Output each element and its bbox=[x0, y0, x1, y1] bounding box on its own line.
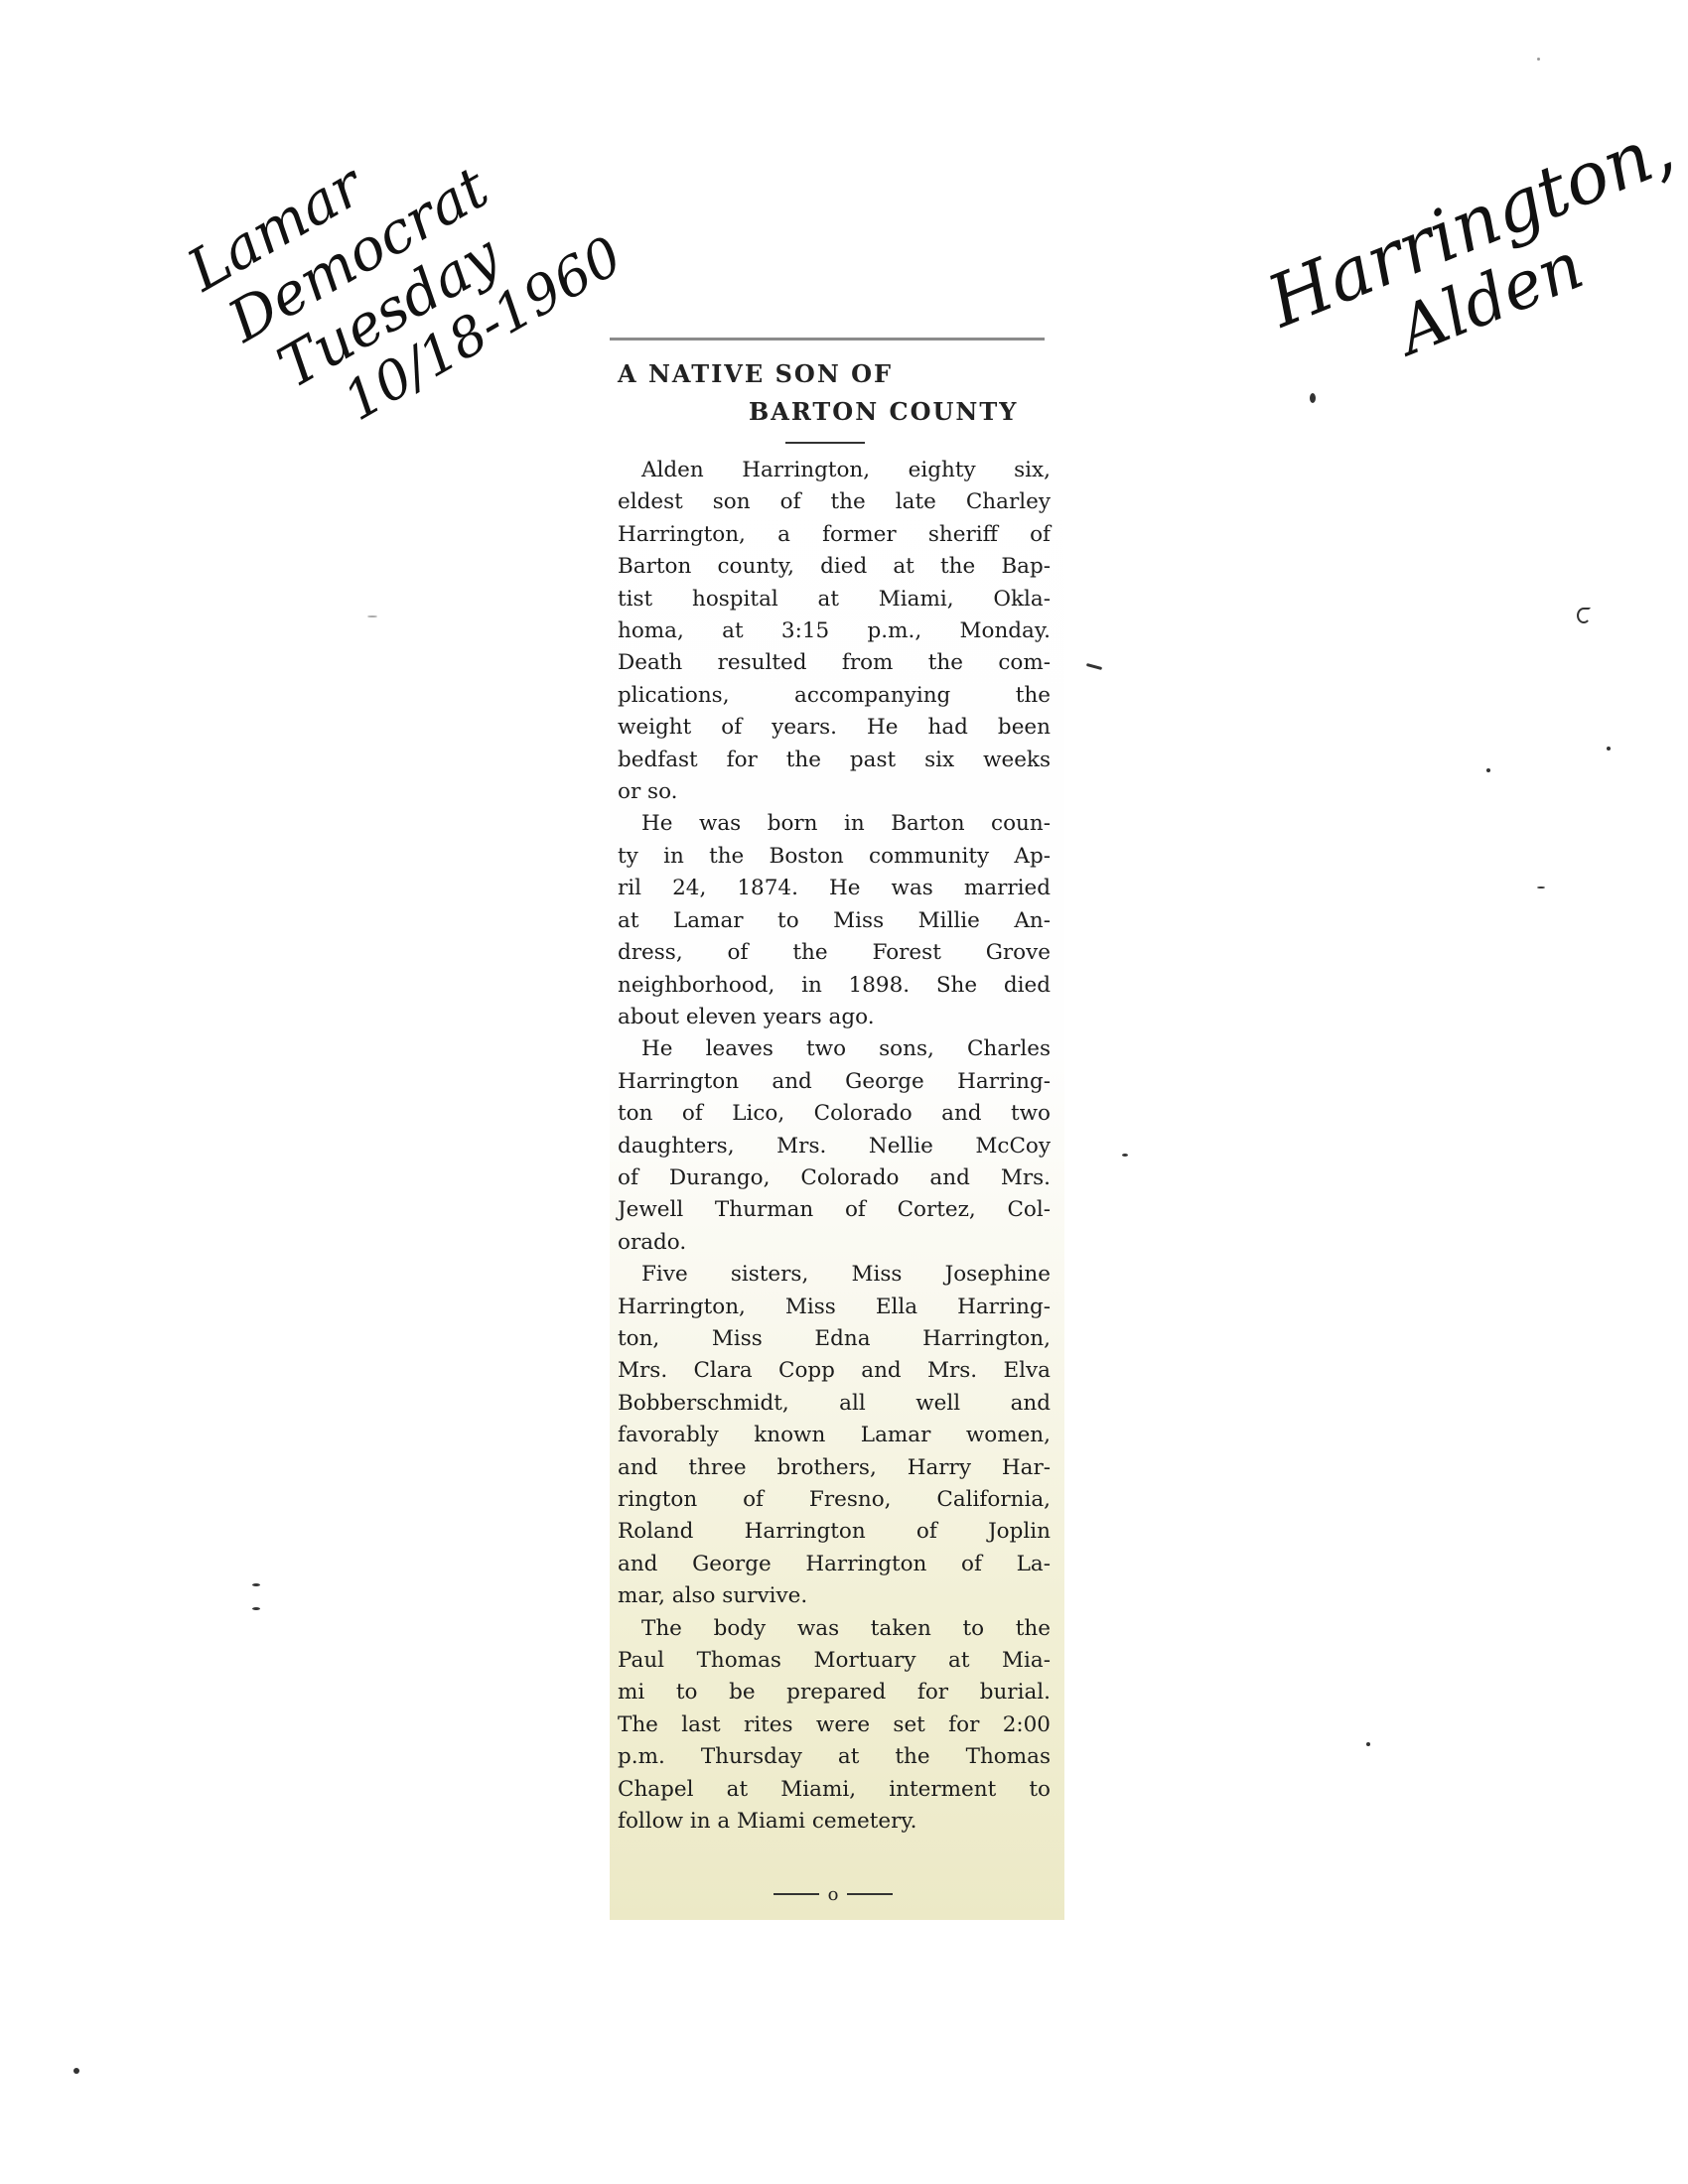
body-line: dress, of the Forest Grove bbox=[618, 937, 1051, 969]
body-line: about eleven years ago. bbox=[618, 1002, 1051, 1033]
body-line: follow in a Miami cemetery. bbox=[618, 1806, 1051, 1838]
body-line: Five sisters, Miss Josephine bbox=[618, 1259, 1051, 1291]
headline-line-1: A NATIVE SON OF bbox=[618, 359, 893, 388]
body-line: ril 24, 1874. He was married bbox=[618, 873, 1051, 904]
body-line: daughters, Mrs. Nellie McCoy bbox=[618, 1131, 1051, 1162]
body-line: Barton county, died at the Bap- bbox=[618, 551, 1051, 583]
end-of-article-mark: o bbox=[774, 1884, 893, 1900]
column-top-rule bbox=[610, 338, 1045, 341]
body-line: Chapel at Miami, interment to bbox=[618, 1774, 1051, 1806]
scan-speck bbox=[1086, 663, 1102, 670]
scan-speck bbox=[252, 1583, 260, 1586]
body-line: ty in the Boston community Ap- bbox=[618, 841, 1051, 873]
body-line: Harrington, a former sheriff of bbox=[618, 519, 1051, 551]
body-line: Bobberschmidt, all well and bbox=[618, 1388, 1051, 1420]
body-line: Mrs. Clara Copp and Mrs. Elva bbox=[618, 1355, 1051, 1387]
body-line: p.m. Thursday at the Thomas bbox=[618, 1741, 1051, 1773]
body-line: Death resulted from the com- bbox=[618, 647, 1051, 679]
body-line: rington of Fresno, California, bbox=[618, 1484, 1051, 1516]
scan-speck bbox=[1577, 608, 1591, 623]
body-line: ton, Miss Edna Harrington, bbox=[618, 1323, 1051, 1355]
obituary-body: Alden Harrington, eighty six, eldest son… bbox=[618, 455, 1051, 1838]
body-line: mi to be prepared for burial. bbox=[618, 1677, 1051, 1708]
scan-speck bbox=[1310, 393, 1316, 403]
body-line: weight of years. He had been bbox=[618, 712, 1051, 744]
body-line: mar, also survive. bbox=[618, 1580, 1051, 1612]
headline-line-2: BARTON COUNTY bbox=[749, 397, 1018, 426]
body-line: and George Harrington of La- bbox=[618, 1549, 1051, 1580]
body-line: The last rites were set for 2:00 bbox=[618, 1709, 1051, 1741]
body-line: plications, accompanying the bbox=[618, 680, 1051, 712]
body-line: Harrington, Miss Ella Harring- bbox=[618, 1292, 1051, 1323]
scan-speck bbox=[1486, 768, 1490, 772]
body-line: He was born in Barton coun- bbox=[618, 808, 1051, 840]
body-line: Roland Harrington of Joplin bbox=[618, 1516, 1051, 1548]
body-line: tist hospital at Miami, Okla- bbox=[618, 584, 1051, 615]
body-line: bedfast for the past six weeks bbox=[618, 745, 1051, 776]
body-line: Harrington and George Harring- bbox=[618, 1066, 1051, 1098]
body-line: of Durango, Colorado and Mrs. bbox=[618, 1162, 1051, 1194]
scan-speck bbox=[1366, 1742, 1370, 1746]
body-line: Alden Harrington, eighty six, bbox=[618, 455, 1051, 486]
scan-speck bbox=[73, 2068, 79, 2074]
body-line: eldest son of the late Charley bbox=[618, 486, 1051, 518]
body-line: homa, at 3:15 p.m., Monday. bbox=[618, 615, 1051, 647]
body-line: The body was taken to the bbox=[618, 1613, 1051, 1645]
headline-divider bbox=[785, 442, 865, 444]
body-line: ton of Lico, Colorado and two bbox=[618, 1098, 1051, 1130]
scan-speck bbox=[1537, 887, 1545, 888]
newspaper-clipping: A NATIVE SON OF BARTON COUNTY Alden Harr… bbox=[610, 336, 1064, 1920]
scan-speck bbox=[252, 1607, 260, 1610]
body-line: Jewell Thurman of Cortez, Col- bbox=[618, 1194, 1051, 1226]
body-line: Paul Thomas Mortuary at Mia- bbox=[618, 1645, 1051, 1677]
scan-speck bbox=[1607, 747, 1611, 751]
body-line: or so. bbox=[618, 776, 1051, 808]
scan-speck bbox=[1122, 1154, 1128, 1157]
body-line: at Lamar to Miss Millie An- bbox=[618, 905, 1051, 937]
body-line: favorably known Lamar women, bbox=[618, 1420, 1051, 1451]
body-line: orado. bbox=[618, 1227, 1051, 1259]
body-line: He leaves two sons, Charles bbox=[618, 1033, 1051, 1065]
scan-speck bbox=[1537, 58, 1540, 61]
scan-speck bbox=[367, 615, 377, 617]
body-line: neighborhood, in 1898. She died bbox=[618, 970, 1051, 1002]
body-line: and three brothers, Harry Har- bbox=[618, 1452, 1051, 1484]
